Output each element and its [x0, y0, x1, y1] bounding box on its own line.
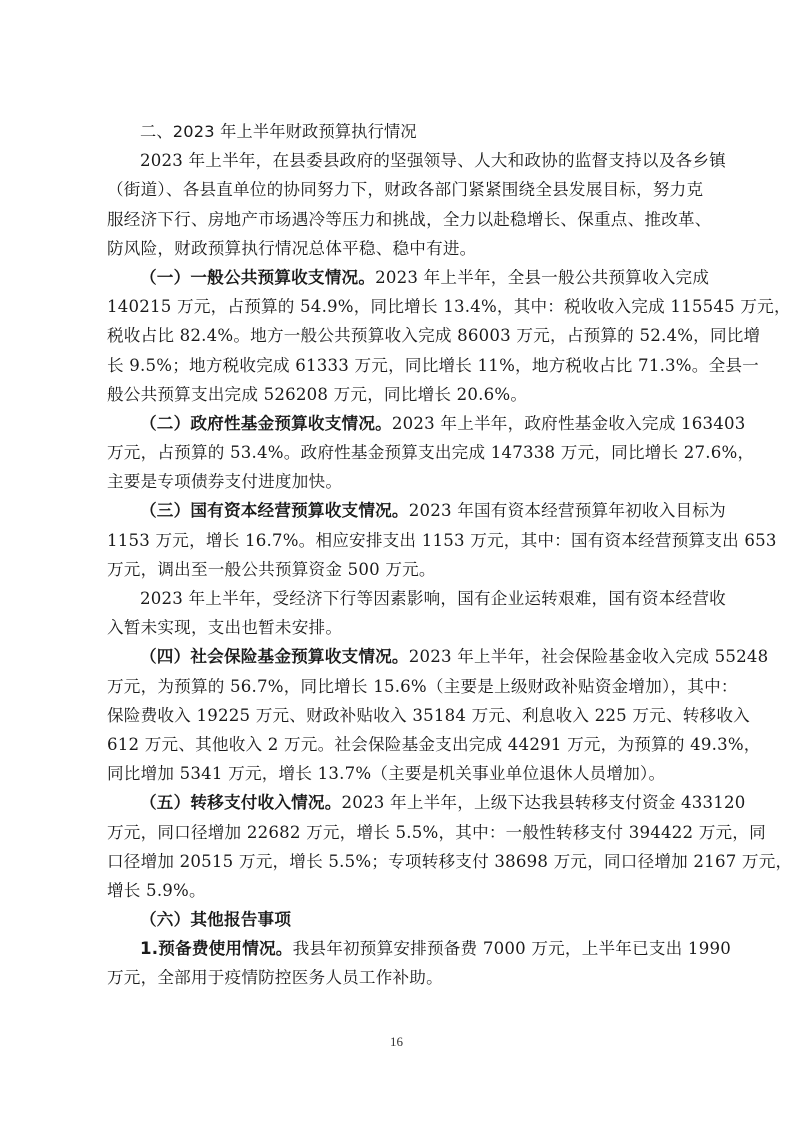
paragraph-line: 服经济下行、房地产市场遇冷等压力和挑战，全力以赴稳增长、保重点、推改革、 [107, 205, 689, 234]
subsection-title: （四）社会保险基金预算收支情况。 [140, 647, 409, 666]
state-capital-note-paragraph: 2023 年上半年，受经济下行等因素影响，国有企业运转艰难，国有资本经营收 入暂… [107, 584, 689, 642]
paragraph-line: 防风险，财政预算执行情况总体平稳、稳中有进。 [107, 234, 689, 263]
paragraph-line: （街道）、各县直单位的协同努力下，财政各部门紧紧围绕全县发展目标，努力克 [107, 175, 689, 204]
subsection-title: （三）国有资本经营预算收支情况。 [140, 501, 409, 520]
paragraph-line: 万元，占预算的 53.4%。政府性基金预算支出完成 147338 万元，同比增长… [107, 438, 689, 467]
paragraph-line: 1.预备费使用情况。我县年初预算安排预备费 7000 万元，上半年已支出 199… [107, 934, 689, 963]
general-budget-paragraph: （一）一般公共预算收支情况。2023 年上半年，全县一般公共预算收入完成 140… [107, 263, 689, 409]
government-fund-paragraph: （二）政府性基金预算收支情况。2023 年上半年，政府性基金收入完成 16340… [107, 409, 689, 497]
paragraph-line: （二）政府性基金预算收支情况。2023 年上半年，政府性基金收入完成 16340… [107, 409, 689, 438]
paragraph-line: （五）转移支付收入情况。2023 年上半年，上级下达我县转移支付资金 43312… [107, 788, 689, 817]
paragraph-line: 2023 年上半年，在县委县政府的坚强领导、人大和政协的监督支持以及各乡镇 [107, 146, 689, 175]
paragraph-line: 同比增加 5341 万元，增长 13.7%（主要是机关事业单位退休人员增加）。 [107, 759, 689, 788]
paragraph-line: （三）国有资本经营预算收支情况。2023 年国有资本经营预算年初收入目标为 [107, 496, 689, 525]
document-page: 二、2023 年上半年财政预算执行情况 2023 年上半年，在县委县政府的坚强领… [107, 117, 689, 993]
paragraph-line: 长 9.5%；地方税收完成 61333 万元，同比增长 11%，地方税收占比 7… [107, 351, 689, 380]
transfer-payment-paragraph: （五）转移支付收入情况。2023 年上半年，上级下达我县转移支付资金 43312… [107, 788, 689, 905]
section-heading: 二、2023 年上半年财政预算执行情况 [107, 117, 689, 146]
state-capital-paragraph: （三）国有资本经营预算收支情况。2023 年国有资本经营预算年初收入目标为 11… [107, 496, 689, 584]
paragraph-line: 税收占比 82.4%。地方一般公共预算收入完成 86003 万元，占预算的 52… [107, 321, 689, 350]
intro-paragraph: 2023 年上半年，在县委县政府的坚强领导、人大和政协的监督支持以及各乡镇 （街… [107, 146, 689, 263]
paragraph-line: 入暂未实现，支出也暂未安排。 [107, 613, 689, 642]
paragraph-text: 2023 年上半年，上级下达我县转移支付资金 433120 [342, 793, 746, 812]
item-title: 1.预备费使用情况。 [140, 939, 293, 958]
paragraph-line: （一）一般公共预算收支情况。2023 年上半年，全县一般公共预算收入完成 [107, 263, 689, 292]
paragraph-line: （四）社会保险基金预算收支情况。2023 年上半年，社会保险基金收入完成 552… [107, 642, 689, 671]
subsection-title: （一）一般公共预算收支情况。 [140, 268, 375, 287]
paragraph-text: 我县年初预算安排预备费 7000 万元，上半年已支出 1990 [293, 939, 731, 958]
paragraph-line: 增长 5.9%。 [107, 876, 689, 905]
paragraph-text: 2023 年上半年，社会保险基金收入完成 55248 [409, 647, 769, 666]
paragraph-line: 万元，同口径增加 22682 万元，增长 5.5%，其中：一般性转移支付 394… [107, 818, 689, 847]
paragraph-text: 2023 年上半年，全县一般公共预算收入完成 [375, 268, 709, 287]
paragraph-line: 万元，调出至一般公共预算资金 500 万元。 [107, 555, 689, 584]
paragraph-line: 万元，为预算的 56.7%，同比增长 15.6%（主要是上级财政补贴资金增加），… [107, 672, 689, 701]
paragraph-text: 2023 年国有资本经营预算年初收入目标为 [409, 501, 726, 520]
paragraph-line: 口径增加 20515 万元，增长 5.5%；专项转移支付 38698 万元，同口… [107, 847, 689, 876]
paragraph-line: 万元，全部用于疫情防控医务人员工作补助。 [107, 963, 689, 992]
paragraph-line: 140215 万元，占预算的 54.9%，同比增长 13.4%，其中：税收收入完… [107, 292, 689, 321]
reserve-fund-paragraph: 1.预备费使用情况。我县年初预算安排预备费 7000 万元，上半年已支出 199… [107, 934, 689, 992]
paragraph-line: 主要是专项债券支付进度加快。 [107, 467, 689, 496]
paragraph-text: 2023 年上半年，政府性基金收入完成 163403 [392, 414, 746, 433]
social-insurance-paragraph: （四）社会保险基金预算收支情况。2023 年上半年，社会保险基金收入完成 552… [107, 642, 689, 788]
paragraph-line: 612 万元、其他收入 2 万元。社会保险基金支出完成 44291 万元，为预算… [107, 730, 689, 759]
subsection-title: （五）转移支付收入情况。 [140, 793, 342, 812]
paragraph-line: 保险费收入 19225 万元、财政补贴收入 35184 万元、利息收入 225 … [107, 701, 689, 730]
page-number: 16 [0, 1034, 793, 1050]
paragraph-line: 般公共预算支出完成 526208 万元，同比增长 20.6%。 [107, 380, 689, 409]
paragraph-line: 1153 万元，增长 16.7%。相应安排支出 1153 万元，其中：国有资本经… [107, 526, 689, 555]
subsection-title: （六）其他报告事项 [140, 910, 291, 929]
other-matters-heading: （六）其他报告事项 [107, 905, 689, 934]
subsection-title: （二）政府性基金预算收支情况。 [140, 414, 392, 433]
paragraph-line: 2023 年上半年，受经济下行等因素影响，国有企业运转艰难，国有资本经营收 [107, 584, 689, 613]
